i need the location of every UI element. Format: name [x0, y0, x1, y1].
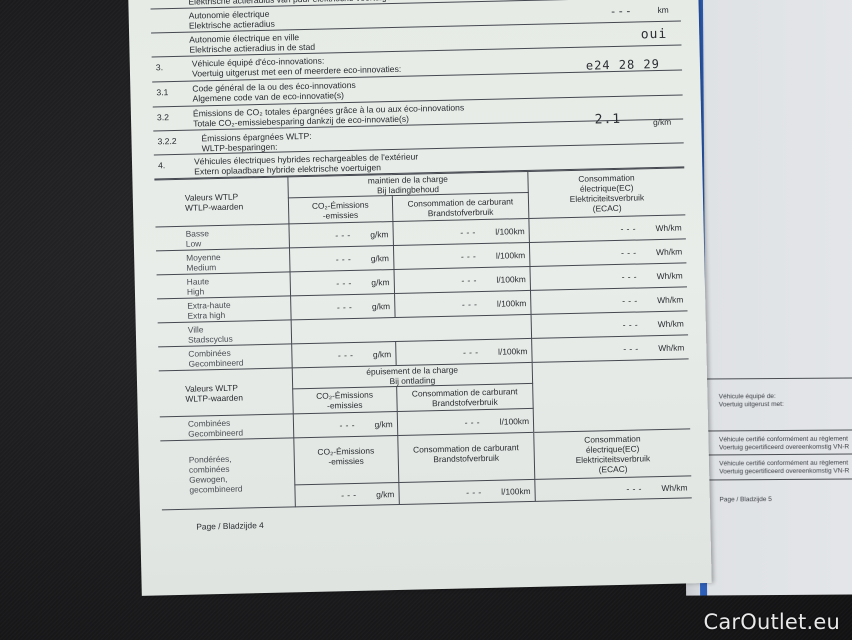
- watermark-logo: CarOutlet.eu: [703, 610, 840, 634]
- col-header-co2: CO₂-Émissions -emissies: [288, 196, 393, 224]
- item-label-nl: Voertuig gecertificeerd overeenkomstig V…: [719, 468, 849, 476]
- row-value: ---: [610, 7, 633, 18]
- row-number: 4.: [158, 160, 186, 171]
- col-header-fuel: Consommation de carburant Brandstofverbr…: [392, 193, 529, 222]
- row-number: 3.2.2: [157, 136, 185, 147]
- document-page-4: Elektrische actieradius van puur elektri…: [128, 0, 712, 596]
- row-number: 3.: [156, 62, 184, 73]
- page-footer: Page / Bladzijde 4: [196, 510, 692, 531]
- item-label-nl: Voertuig gecertificeerd overeenkomstig V…: [719, 444, 849, 452]
- row-unit: km: [657, 5, 668, 15]
- row-number: 3.1: [156, 87, 184, 98]
- page-footer: Page / Bladzijde 5: [719, 496, 771, 504]
- table-row-header: Valeurs WTLP WTLP-waarden: [154, 177, 288, 227]
- row-value: 2.1: [595, 115, 622, 126]
- row-value: oui: [641, 30, 668, 41]
- col-header-ec: Consommation électrique(EC) Elektricitei…: [528, 168, 686, 219]
- wltp-charge-sustaining-table: Valeurs WTLP WTLP-waarden maintien de la…: [154, 167, 691, 510]
- item-label-fr: Véhicule équipé de:: [719, 393, 776, 401]
- item-label-nl: Voertuig uitgerust met:: [719, 401, 784, 409]
- row-value: e24 28 29: [586, 59, 660, 71]
- row-number: 3.2: [157, 112, 185, 123]
- row-unit: g/km: [653, 117, 671, 127]
